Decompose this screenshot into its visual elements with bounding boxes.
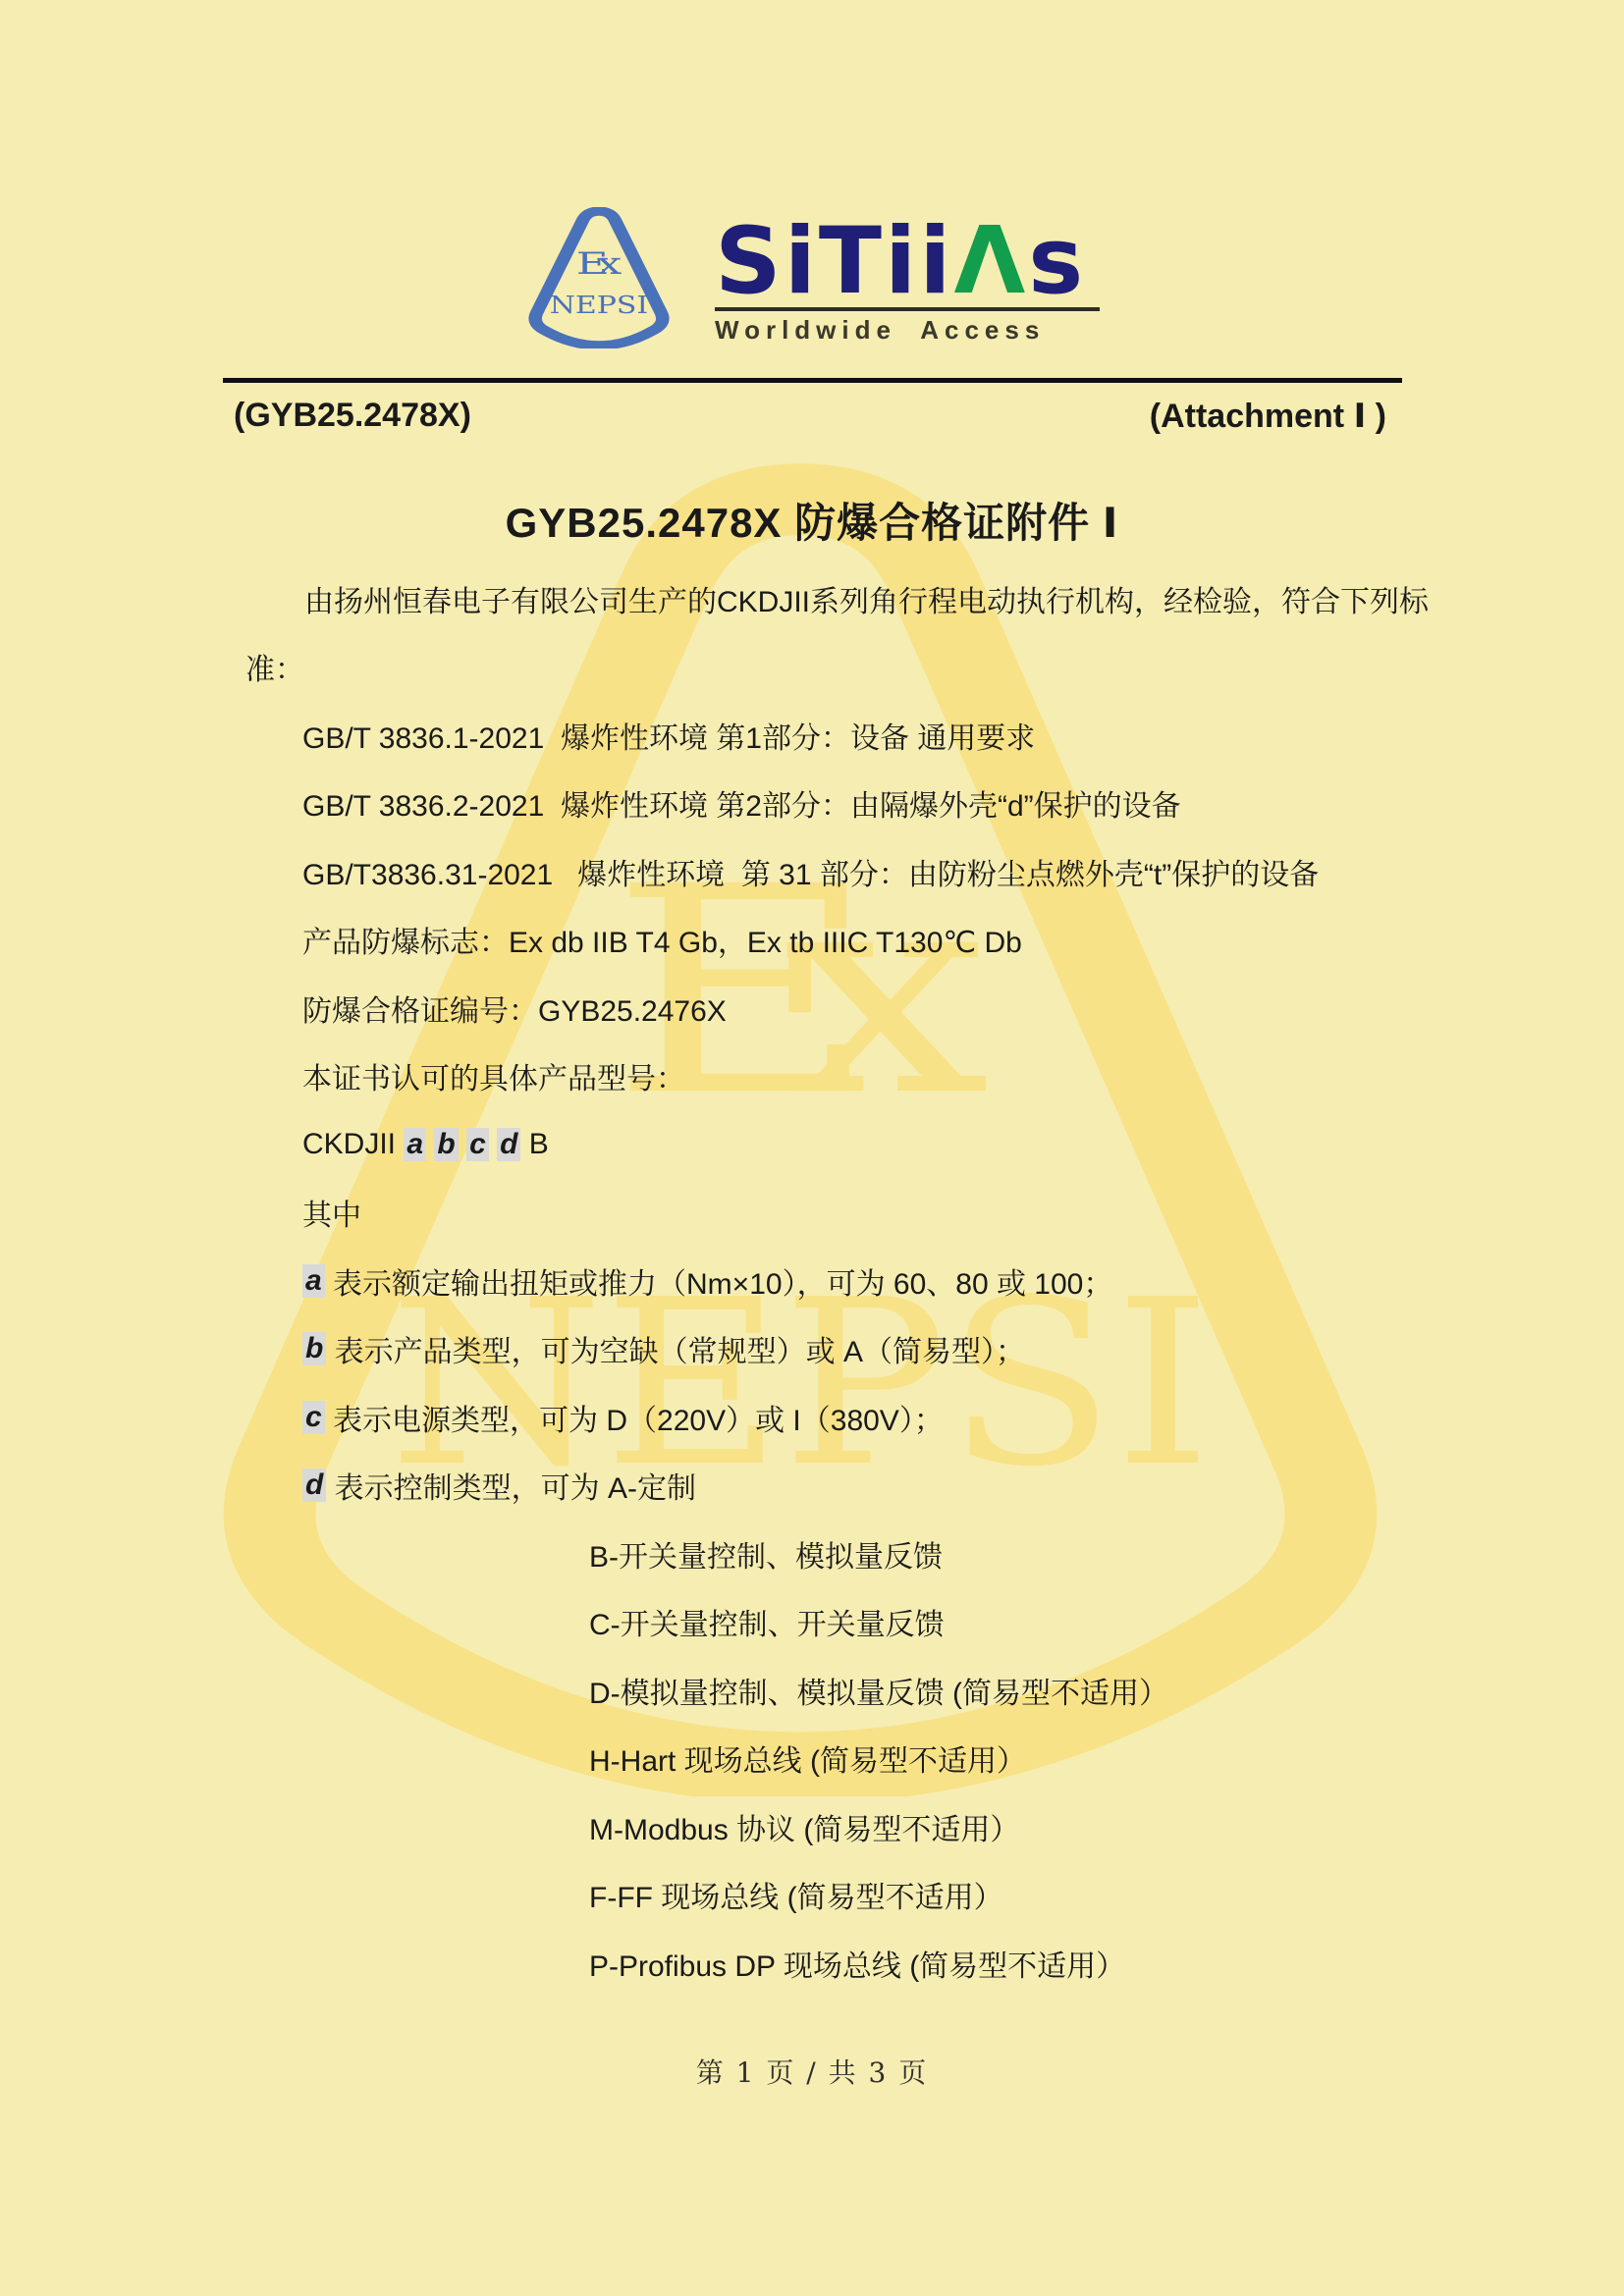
body-text: GB/T 3836.1-2021 爆炸性环境 第1部分：设备 通用要求 — [302, 714, 1035, 757]
body-text: 防爆合格证编号：GYB25.2476X — [302, 987, 727, 1030]
body-text: 表示产品类型，可为空缺（常规型）或 A（简易型）； — [326, 1327, 1025, 1370]
body-text: C-开关量控制、开关量反馈 — [589, 1600, 945, 1643]
body-text: 表示控制类型，可为 A-定制 — [326, 1464, 696, 1507]
badge-nepsi-text: NEPSI — [550, 292, 649, 320]
attachment-ref: (Attachment Ⅰ ) — [1150, 397, 1386, 436]
badge-ex-text: Ex — [576, 246, 623, 282]
body-text: 产品防爆标志：Ex db IIB T4 Gb，Ex tb IIIC T130℃ … — [302, 918, 1022, 961]
body-line: B-开关量控制、模拟量反馈 — [0, 1520, 1624, 1588]
model-code-letter: d — [302, 1468, 326, 1502]
brand-letter: SiTii — [715, 208, 953, 315]
body-line: D-模拟量控制、模拟量反馈 (简易型不适用） — [0, 1656, 1624, 1725]
body-line: F-FF 现场总线 (简易型不适用） — [0, 1861, 1624, 1930]
body: 由扬州恒春电子有限公司生产的CKDJII系列角行程电动执行机构，经检验，符合下列… — [0, 564, 1624, 1998]
body-line: C-开关量控制、开关量反馈 — [0, 1588, 1624, 1657]
body-text — [426, 1128, 434, 1161]
body-text — [459, 1128, 466, 1161]
body-text: 其中 — [302, 1191, 361, 1234]
body-text: B-开关量控制、模拟量反馈 — [589, 1532, 943, 1575]
model-code-letter: c — [302, 1401, 325, 1434]
body-text: D-模拟量控制、模拟量反馈 (简易型不适用） — [589, 1669, 1168, 1712]
body-line: GB/T 3836.1-2021 爆炸性环境 第1部分：设备 通用要求 — [0, 701, 1624, 770]
body-line: 本证书认可的具体产品型号： — [0, 1042, 1624, 1111]
body-text: M-Modbus 协议 (简易型不适用） — [589, 1805, 1019, 1848]
body-line: b 表示产品类型，可为空缺（常规型）或 A（简易型）； — [0, 1315, 1624, 1384]
body-text: CKDJII — [302, 1128, 404, 1161]
body-text: 表示额定输出扭矩或推力（Nm×10），可为 60、80 或 100； — [325, 1259, 1113, 1303]
brand-letter: s — [1028, 208, 1086, 315]
body-text: P-Profibus DP 现场总线 (简易型不适用） — [589, 1942, 1125, 1985]
model-code-letter: a — [302, 1264, 325, 1298]
body-line: a 表示额定输出扭矩或推力（Nm×10），可为 60、80 或 100； — [0, 1247, 1624, 1315]
model-code-letter: a — [404, 1128, 426, 1161]
body-line: 其中 — [0, 1179, 1624, 1248]
body-text: 准： — [245, 645, 304, 688]
header-separator-rule — [223, 378, 1402, 383]
body-line: c 表示电源类型，可为 D（220V）或 I（380V）； — [0, 1383, 1624, 1452]
body-text — [489, 1128, 497, 1161]
body-line: M-Modbus 协议 (简易型不适用） — [0, 1792, 1624, 1861]
body-text: B — [520, 1128, 548, 1161]
body-line: 产品防爆标志：Ex db IIB T4 Gb，Ex tb IIIC T130℃ … — [0, 906, 1624, 975]
body-line: H-Hart 现场总线 (简易型不适用） — [0, 1725, 1624, 1793]
certificate-number-ref: (GYB25.2478X) — [234, 397, 471, 436]
body-text: 表示电源类型，可为 D（220V）或 I（380V）； — [325, 1396, 944, 1439]
page-number: 第 1 页 / 共 3 页 — [0, 2052, 1624, 2091]
body-text: GB/T3836.31-2021 爆炸性环境 第 31 部分：由防粉尘点燃外壳“… — [302, 850, 1319, 893]
body-line: CKDJII a b c d B — [0, 1110, 1624, 1179]
body-text: 由扬州恒春电子有限公司生产的CKDJII系列角行程电动执行机构，经检验，符合下列… — [304, 577, 1429, 620]
body-line: d 表示控制类型，可为 A-定制 — [0, 1452, 1624, 1521]
model-code-letter: b — [302, 1332, 326, 1365]
body-line: GB/T3836.31-2021 爆炸性环境 第 31 部分：由防粉尘点燃外壳“… — [0, 837, 1624, 906]
reference-row: (GYB25.2478X) (Attachment Ⅰ ) — [234, 397, 1386, 436]
body-line: GB/T 3836.2-2021 爆炸性环境 第2部分：由隔爆外壳“d”保护的设… — [0, 770, 1624, 838]
brand-wordmark: SiTiiΛs — [715, 222, 1108, 302]
nepsi-badge-logo: Ex NEPSI — [525, 207, 673, 348]
body-text: 本证书认可的具体产品型号： — [302, 1054, 685, 1097]
body-line: 准： — [0, 633, 1624, 702]
brand-letter: Λ — [953, 208, 1028, 315]
certificate-page: Ex NEPSI Ex NEPSI SiTiiΛs Worldwide Acce… — [0, 0, 1624, 2296]
body-text: H-Hart 现场总线 (简易型不适用） — [589, 1736, 1026, 1780]
page-title: GYB25.2478X 防爆合格证附件 Ⅰ — [0, 491, 1624, 550]
body-text: F-FF 现场总线 (简易型不适用） — [589, 1873, 1003, 1916]
model-code-letter: c — [466, 1128, 489, 1161]
model-code-letter: b — [434, 1128, 458, 1161]
brand-tagline: Worldwide Access — [715, 315, 1108, 346]
body-text: GB/T 3836.2-2021 爆炸性环境 第2部分：由隔爆外壳“d”保护的设… — [302, 781, 1181, 825]
body-line: 由扬州恒春电子有限公司生产的CKDJII系列角行程电动执行机构，经检验，符合下列… — [0, 564, 1624, 633]
sitiias-logo: SiTiiΛs Worldwide Access — [715, 222, 1108, 346]
body-line: 防爆合格证编号：GYB25.2476X — [0, 974, 1624, 1042]
model-code-letter: d — [497, 1128, 520, 1161]
body-line: P-Profibus DP 现场总线 (简易型不适用） — [0, 1929, 1624, 1998]
